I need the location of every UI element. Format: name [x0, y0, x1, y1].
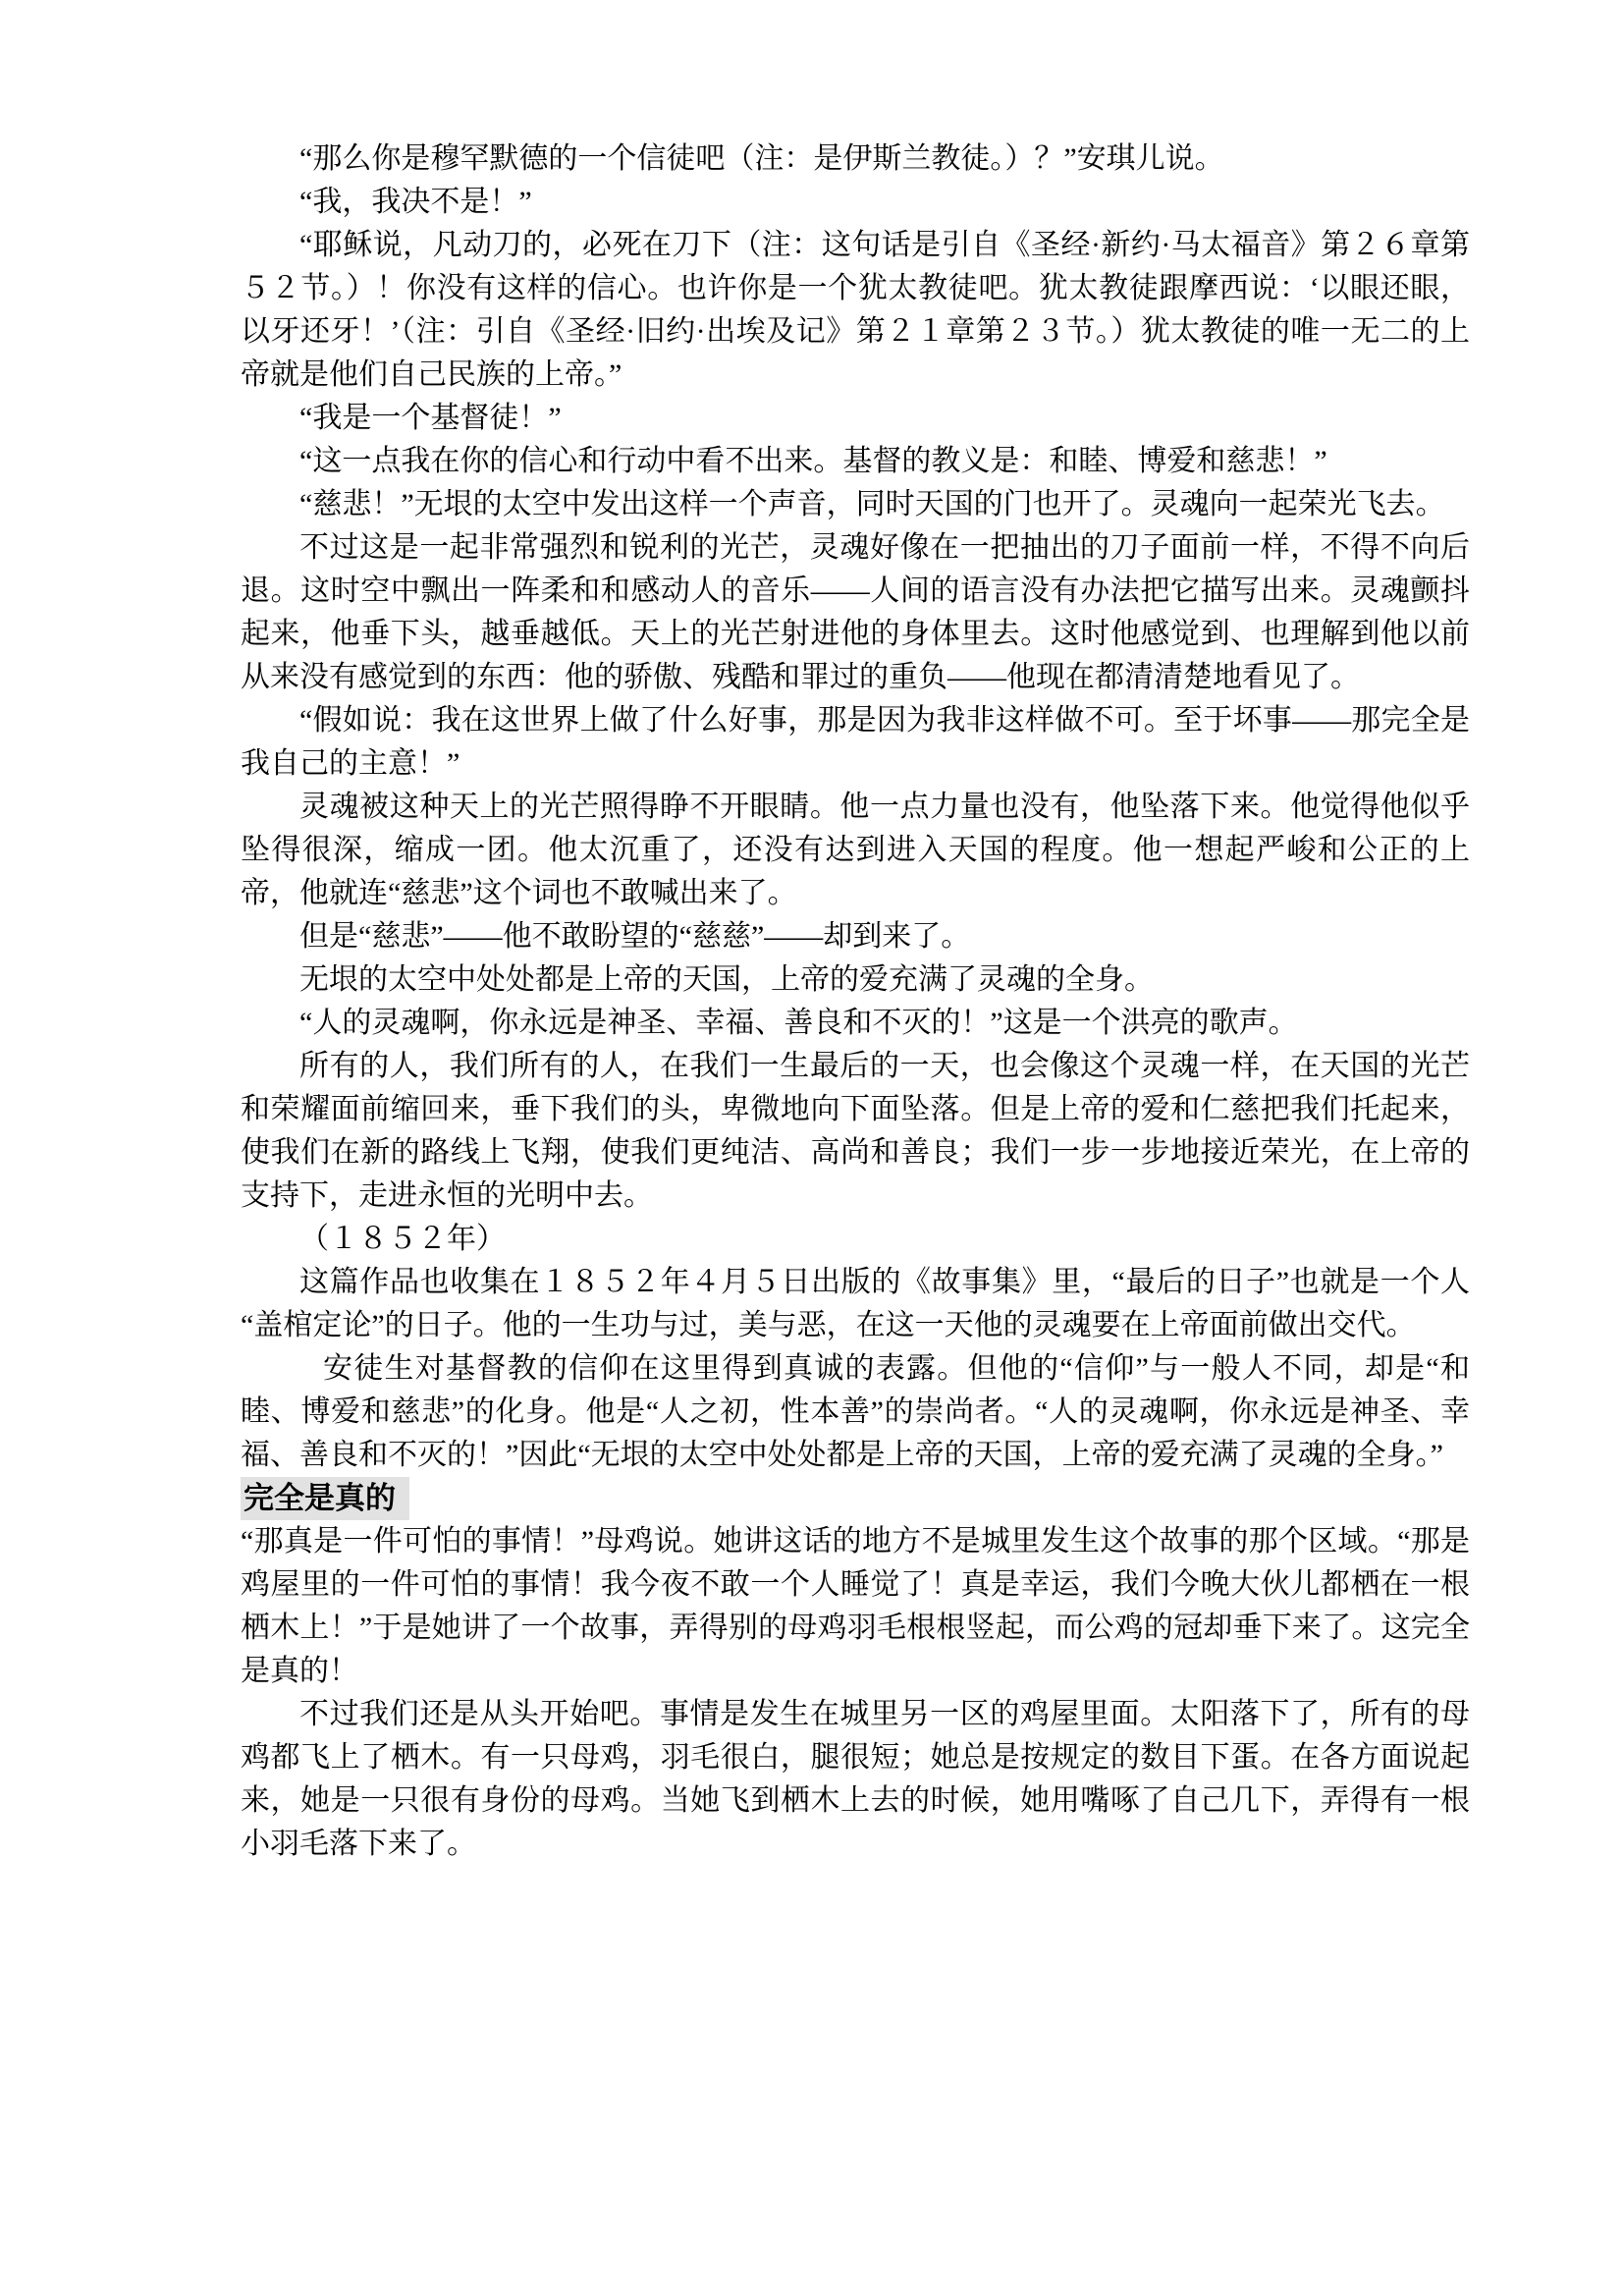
paragraph: “人的灵魂啊，你永远是神圣、幸福、善良和不灭的！”这是一个洪亮的歌声。	[241, 1002, 1470, 1045]
paragraph: “那么你是穆罕默德的一个信徒吧（注：是伊斯兰教徒。）？”安琪儿说。	[241, 137, 1470, 181]
paragraph: “那真是一件可怕的事情！”母鸡说。她讲这话的地方不是城里发生这个故事的那个区域。…	[241, 1520, 1470, 1693]
paragraph: “假如说：我在这世界上做了什么好事，那是因为我非这样做不可。至于坏事——那完全是…	[241, 699, 1470, 786]
paragraph: 无垠的太空中处处都是上帝的天国，上帝的爱充满了灵魂的全身。	[241, 958, 1470, 1002]
paragraph: “这一点我在你的信心和行动中看不出来。基督的教义是：和睦、博爱和慈悲！”	[241, 440, 1470, 483]
paragraph: “耶稣说，凡动刀的，必死在刀下（注：这句话是引自《圣经·新约·马太福音》第２６章…	[241, 224, 1470, 397]
paragraph: 不过这是一起非常强烈和锐利的光芒，灵魂好像在一把抽出的刀子面前一样，不得不向后退…	[241, 526, 1470, 699]
paragraph: （１８５２年）	[241, 1218, 1470, 1261]
paragraph: 不过我们还是从头开始吧。事情是发生在城里另一区的鸡屋里面。太阳落下了，所有的母鸡…	[241, 1693, 1470, 1866]
paragraph: 这篇作品也收集在１８５２年４月５日出版的《故事集》里，“最后的日子”也就是一个人…	[241, 1261, 1470, 1347]
paragraph: “慈悲！”无垠的太空中发出这样一个声音，同时天国的门也开了。灵魂向一起荣光飞去。	[241, 483, 1470, 526]
paragraph: 安徒生对基督教的信仰在这里得到真诚的表露。但他的“信仰”与一般人不同，却是“和睦…	[241, 1347, 1470, 1477]
paragraph: 所有的人，我们所有的人，在我们一生最后的一天，也会像这个灵魂一样，在天国的光芒和…	[241, 1045, 1470, 1218]
paragraph: 灵魂被这种天上的光芒照得睁不开眼睛。他一点力量也没有，他坠落下来。他觉得他似乎坠…	[241, 786, 1470, 915]
page-content: “那么你是穆罕默德的一个信徒吧（注：是伊斯兰教徒。）？”安琪儿说。“我，我决不是…	[241, 137, 1470, 1866]
paragraph: “我，我决不是！”	[241, 181, 1470, 224]
section-heading: 完全是真的	[241, 1477, 1470, 1520]
document-page: “那么你是穆罕默德的一个信徒吧（注：是伊斯兰教徒。）？”安琪儿说。“我，我决不是…	[0, 0, 1623, 2296]
paragraph: 但是“慈悲”——他不敢盼望的“慈慈”——却到来了。	[241, 915, 1470, 958]
section-heading-text: 完全是真的	[241, 1477, 409, 1520]
paragraph: “我是一个基督徒！”	[241, 397, 1470, 440]
